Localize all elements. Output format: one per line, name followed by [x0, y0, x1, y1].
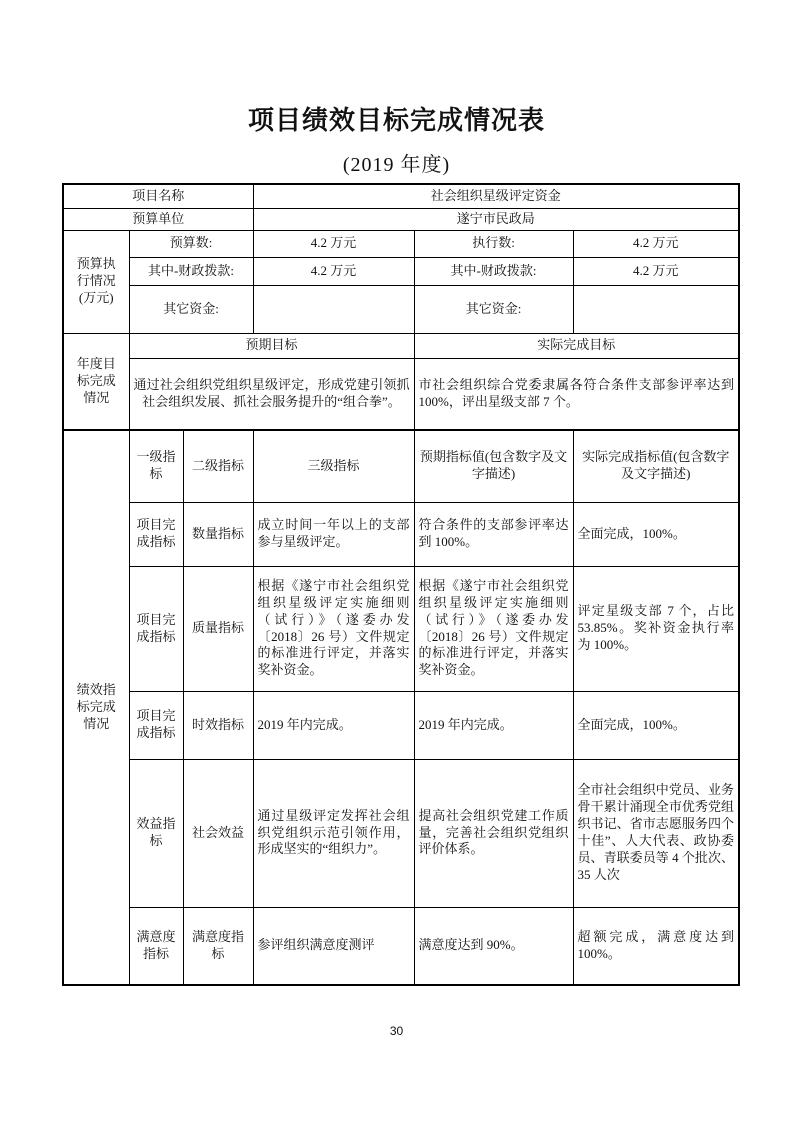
indicator-expected-cell: 2019 年内完成。 [414, 691, 573, 759]
page-title: 项目绩效目标完成情况表 [0, 100, 793, 137]
budget-other-value-cell [253, 285, 414, 333]
annual-goal-section-label-cell: 年度目 标完成 情况 [63, 333, 129, 430]
performance-target-table: 项目名称 社会组织星级评定资金 预算单位 遂宁市民政局 预算执 行情况 (万元)… [62, 183, 740, 986]
exec-other-value-cell [573, 285, 739, 333]
exec-fiscal-value-cell: 4.2 万元 [573, 257, 739, 285]
budget-exec-section-label-cell: 预算执 行情况 (万元) [63, 230, 129, 333]
table-row: 项目名称 社会组织星级评定资金 [63, 184, 739, 208]
budget-other-label-cell: 其它资金: [129, 285, 253, 333]
budget-unit-label-cell: 预算单位 [63, 208, 253, 230]
actual-goal-header-cell: 实际完成目标 [414, 333, 739, 358]
exec-fiscal-label-cell: 其中-财政拨款: [414, 257, 573, 285]
expected-value-header-cell: 预期指标值(包含数字及文字描述) [414, 430, 573, 502]
indicator-expected-cell: 提高社会组织党建工作质量，完善社会组织党组织评价体系。 [414, 759, 573, 907]
table-row: 预算单位 遂宁市民政局 [63, 208, 739, 230]
actual-value-header-cell: 实际完成指标值(包含数字及文字描述) [573, 430, 739, 502]
page-number: 30 [0, 1024, 793, 1038]
indicator-level2-cell: 社会效益 [183, 759, 253, 907]
indicator-level3-cell: 参评组织满意度测评 [253, 907, 414, 985]
indicator-actual-cell: 全面完成，100%。 [573, 691, 739, 759]
level1-header-cell: 一级指标 [129, 430, 183, 502]
table-row: 预算执 行情况 (万元) 预算数: 4.2 万元 执行数: 4.2 万元 [63, 230, 739, 257]
indicator-level1-cell: 效益指标 [129, 759, 183, 907]
table-row: 项目完成指标 质量指标 根据《遂宁市社会组织党组织星级评定实施细则（试行）》（遂… [63, 566, 739, 691]
indicator-level1-cell: 项目完成指标 [129, 566, 183, 691]
exec-amount-label-cell: 执行数: [414, 230, 573, 257]
project-name-label-cell: 项目名称 [63, 184, 253, 208]
indicator-actual-cell: 全市社会组织中党员、业务骨干累计涌现全市优秀党组织书记、省市志愿服务四个十佳”、… [573, 759, 739, 907]
exec-amount-value-cell: 4.2 万元 [573, 230, 739, 257]
indicator-expected-cell: 满意度达到 90%。 [414, 907, 573, 985]
budget-unit-value-cell: 遂宁市民政局 [253, 208, 739, 230]
exec-other-label-cell: 其它资金: [414, 285, 573, 333]
level3-header-cell: 三级指标 [253, 430, 414, 502]
table-row: 其中-财政拨款: 4.2 万元 其中-财政拨款: 4.2 万元 [63, 257, 739, 285]
indicator-expected-cell: 根据《遂宁市社会组织党组织星级评定实施细则（试行）》（遂委办发〔2018〕26 … [414, 566, 573, 691]
indicator-level2-cell: 时效指标 [183, 691, 253, 759]
budget-fiscal-label-cell: 其中-财政拨款: [129, 257, 253, 285]
indicator-level2-cell: 满意度指标 [183, 907, 253, 985]
table-row: 其它资金: 其它资金: [63, 285, 739, 333]
table-row: 项目完成指标 数量指标 成立时间一年以上的支部参与星级评定。 符合条件的支部参评… [63, 502, 739, 566]
indicator-level2-cell: 质量指标 [183, 566, 253, 691]
indicator-level1-cell: 项目完成指标 [129, 502, 183, 566]
indicator-level3-cell: 根据《遂宁市社会组织党组织星级评定实施细则（试行）》（遂委办发〔2018〕26 … [253, 566, 414, 691]
performance-section-label-cell: 绩效指 标完成 情况 [63, 430, 129, 985]
level2-header-cell: 二级指标 [183, 430, 253, 502]
expected-goal-header-cell: 预期目标 [129, 333, 414, 358]
indicator-level1-cell: 满意度指标 [129, 907, 183, 985]
indicator-level3-cell: 成立时间一年以上的支部参与星级评定。 [253, 502, 414, 566]
indicator-actual-cell: 评定星级支部 7 个，占比 53.85%。奖补资金执行率为 100%。 [573, 566, 739, 691]
page-subtitle: (2019 年度) [0, 148, 793, 177]
indicator-actual-cell: 全面完成，100%。 [573, 502, 739, 566]
table-row: 绩效指 标完成 情况 一级指标 二级指标 三级指标 预期指标值(包含数字及文字描… [63, 430, 739, 502]
document-page: 项目绩效目标完成情况表 (2019 年度) 项目名称 社会组织星级评定资金 预算… [0, 0, 793, 1122]
table-row: 效益指标 社会效益 通过星级评定发挥社会组织党组织示范引领作用，形成坚实的“组织… [63, 759, 739, 907]
expected-goal-text-cell: 通过社会组织党组织星级评定，形成党建引领抓社会组织发展、抓社会服务提升的“组合拳… [129, 358, 414, 430]
indicator-actual-cell: 超额完成，满意度达到 100%。 [573, 907, 739, 985]
table-row: 项目完成指标 时效指标 2019 年内完成。 2019 年内完成。 全面完成，1… [63, 691, 739, 759]
project-name-value-cell: 社会组织星级评定资金 [253, 184, 739, 208]
budget-amount-value-cell: 4.2 万元 [253, 230, 414, 257]
table-row: 年度目 标完成 情况 预期目标 实际完成目标 [63, 333, 739, 358]
budget-fiscal-value-cell: 4.2 万元 [253, 257, 414, 285]
table-row: 满意度指标 满意度指标 参评组织满意度测评 满意度达到 90%。 超额完成，满意… [63, 907, 739, 985]
indicator-level1-cell: 项目完成指标 [129, 691, 183, 759]
indicator-level3-cell: 通过星级评定发挥社会组织党组织示范引领作用，形成坚实的“组织力”。 [253, 759, 414, 907]
actual-goal-text-cell: 市社会组织综合党委隶属各符合条件支部参评率达到 100%，评出星级支部 7 个。 [414, 358, 739, 430]
table-row: 通过社会组织党组织星级评定，形成党建引领抓社会组织发展、抓社会服务提升的“组合拳… [63, 358, 739, 430]
indicator-level2-cell: 数量指标 [183, 502, 253, 566]
budget-amount-label-cell: 预算数: [129, 230, 253, 257]
indicator-level3-cell: 2019 年内完成。 [253, 691, 414, 759]
indicator-expected-cell: 符合条件的支部参评率达到 100%。 [414, 502, 573, 566]
